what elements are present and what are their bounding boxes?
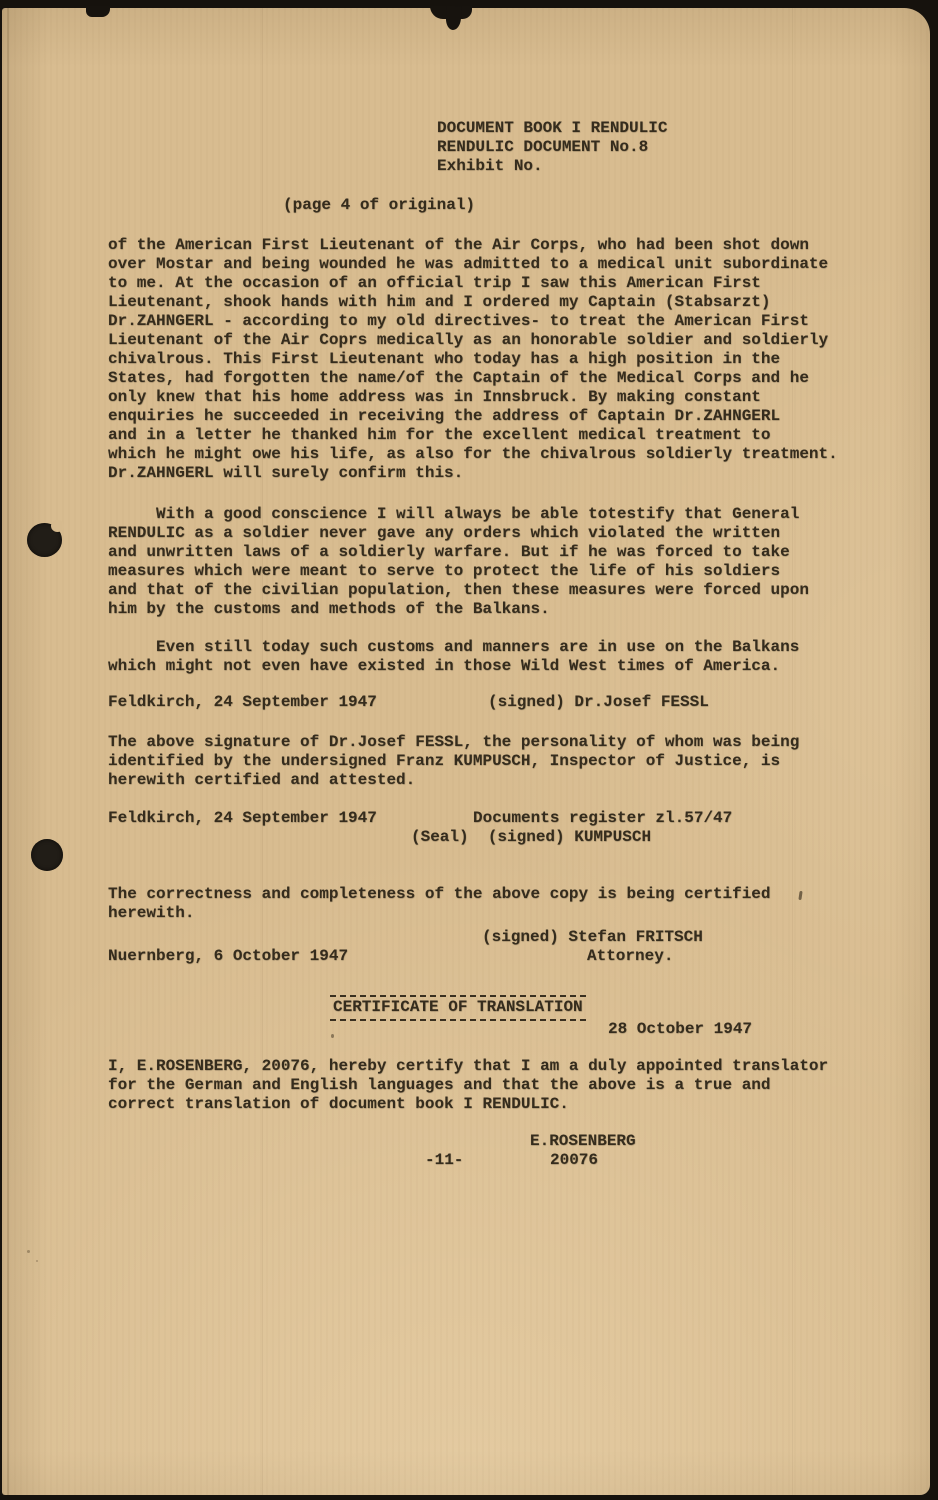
torn-edge-notch xyxy=(86,6,110,17)
header-document-number: RENDULIC DOCUMENT No.8 xyxy=(437,138,648,157)
body-paragraph-3: Even still today such customs and manner… xyxy=(108,638,799,676)
translation-certificate-heading: CERTIFICATE OF TRANSLATION xyxy=(330,995,586,1021)
punch-hole-bottom xyxy=(31,839,63,871)
header-exhibit-number: Exhibit No. xyxy=(437,157,543,176)
witness-place-date: Feldkirch, 24 September 1947 xyxy=(108,693,377,712)
attestation-register: Documents register zl.57/47 xyxy=(473,809,732,828)
translator-number: 20076 xyxy=(550,1151,598,1170)
translator-name: E.ROSENBERG xyxy=(530,1132,636,1151)
witness-signed: (signed) Dr.Josef FESSL xyxy=(488,693,709,712)
punch-hole-top xyxy=(27,523,62,557)
copy-certification-signer-title: Attorney. xyxy=(587,947,673,966)
translation-certificate-date: 28 October 1947 xyxy=(608,1020,752,1039)
ink-speck xyxy=(27,1250,30,1253)
body-paragraph-1: of the American First Lieutenant of the … xyxy=(108,236,838,483)
translation-certificate-text: I, E.ROSENBERG, 20076, hereby certify th… xyxy=(108,1057,828,1114)
attestation-text: The above signature of Dr.Josef FESSL, t… xyxy=(108,733,799,790)
ink-speck xyxy=(331,1034,334,1038)
paper-crease xyxy=(7,8,9,1495)
copy-certification-signed: (signed) Stefan FRITSCH xyxy=(482,928,703,947)
ink-speck xyxy=(36,1260,38,1262)
scanned-document: DOCUMENT BOOK I RENDULIC RENDULIC DOCUME… xyxy=(0,0,938,1500)
copy-certification-text: The correctness and completeness of the … xyxy=(108,885,771,923)
attestation-place-date: Feldkirch, 24 September 1947 xyxy=(108,809,377,828)
body-paragraph-2: With a good conscience I will always be … xyxy=(108,505,809,619)
page-number: -11- xyxy=(425,1151,463,1170)
attestation-seal-signed: (Seal) (signed) KUMPUSCH xyxy=(411,828,651,847)
copy-certification-place-date: Nuernberg, 6 October 1947 xyxy=(108,947,348,966)
header-document-book: DOCUMENT BOOK I RENDULIC xyxy=(437,119,667,138)
page-reference: (page 4 of original) xyxy=(283,196,475,215)
